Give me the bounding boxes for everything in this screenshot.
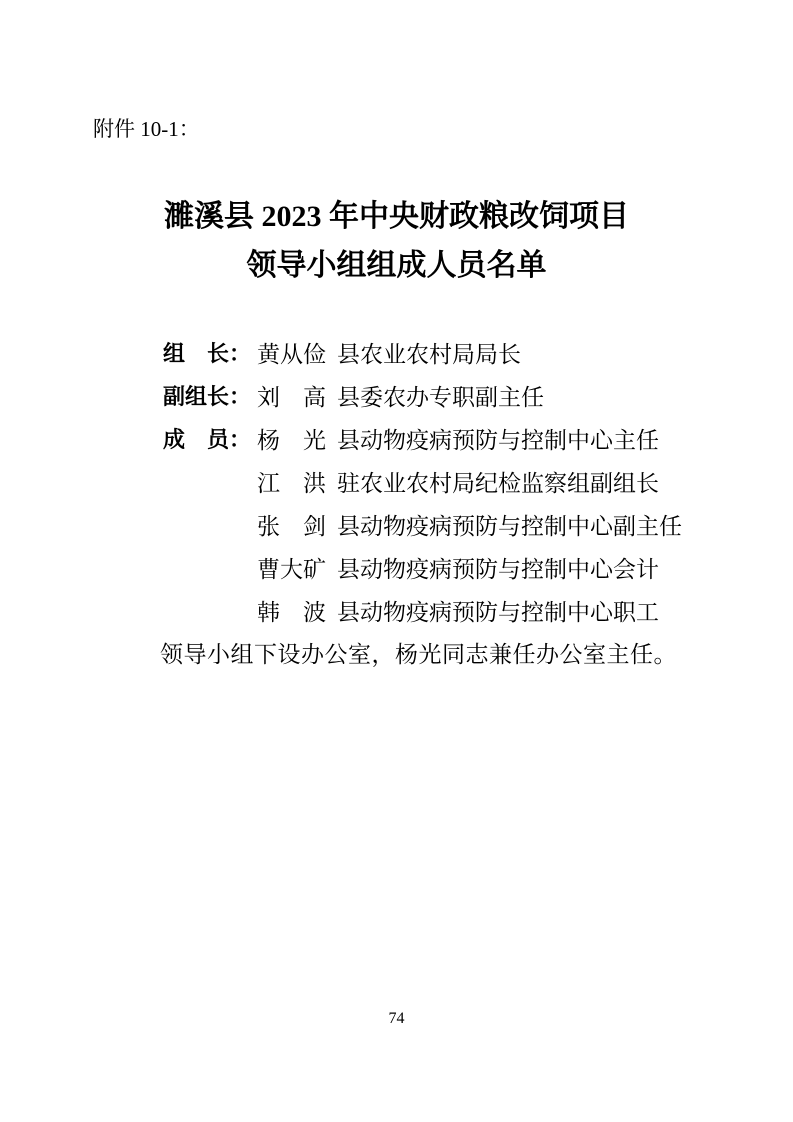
roster-row: 成 员： 杨 光 县动物疫病预防与控制中心主任 <box>163 417 682 460</box>
member-name: 韩 波 <box>257 594 337 627</box>
roster-row: 韩 波 县动物疫病预防与控制中心职工 <box>163 589 682 632</box>
member-name: 张 剑 <box>257 508 337 541</box>
member-position: 县农业农村局局长 <box>337 336 521 369</box>
roster-row: 组 长： 黄从俭 县农业农村局局长 <box>163 331 682 374</box>
document-title: 濉溪县 2023 年中央财政粮改饲项目 领导小组组成人员名单 <box>0 192 793 290</box>
page-number: 74 <box>0 1010 793 1028</box>
document-page: 附件 10-1： 濉溪县 2023 年中央财政粮改饲项目 领导小组组成人员名单 … <box>0 0 793 1122</box>
attachment-label: 附件 10-1： <box>93 114 200 144</box>
roster-row: 曹大矿 县动物疫病预防与控制中心会计 <box>163 546 682 589</box>
member-position: 驻农业农村局纪检监察组副组长 <box>337 465 659 498</box>
member-name: 黄从俭 <box>257 336 337 369</box>
member-name: 曹大矿 <box>257 551 337 584</box>
role-label: 成 员： <box>163 423 257 454</box>
member-position: 县动物疫病预防与控制中心副主任 <box>337 508 682 541</box>
roster-row: 张 剑 县动物疫病预防与控制中心副主任 <box>163 503 682 546</box>
member-position: 县动物疫病预防与控制中心职工 <box>337 594 659 627</box>
role-label: 组 长： <box>163 337 257 368</box>
member-name: 江 洪 <box>257 465 337 498</box>
role-label: 副组长： <box>163 380 257 411</box>
member-name: 刘 高 <box>257 379 337 412</box>
member-name: 杨 光 <box>257 422 337 455</box>
document-title-line-1: 濉溪县 2023 年中央财政粮改饲项目 <box>0 192 793 241</box>
member-position: 县委农办专职副主任 <box>337 379 544 412</box>
office-note: 领导小组下设办公室，杨光同志兼任办公室主任。 <box>160 636 677 669</box>
document-title-line-2: 领导小组组成人员名单 <box>0 241 793 290</box>
roster-row: 江 洪 驻农业农村局纪检监察组副组长 <box>163 460 682 503</box>
member-position: 县动物疫病预防与控制中心会计 <box>337 551 659 584</box>
member-position: 县动物疫病预防与控制中心主任 <box>337 422 659 455</box>
roster-list: 组 长： 黄从俭 县农业农村局局长 副组长： 刘 高 县委农办专职副主任 成 员… <box>163 331 682 632</box>
roster-row: 副组长： 刘 高 县委农办专职副主任 <box>163 374 682 417</box>
